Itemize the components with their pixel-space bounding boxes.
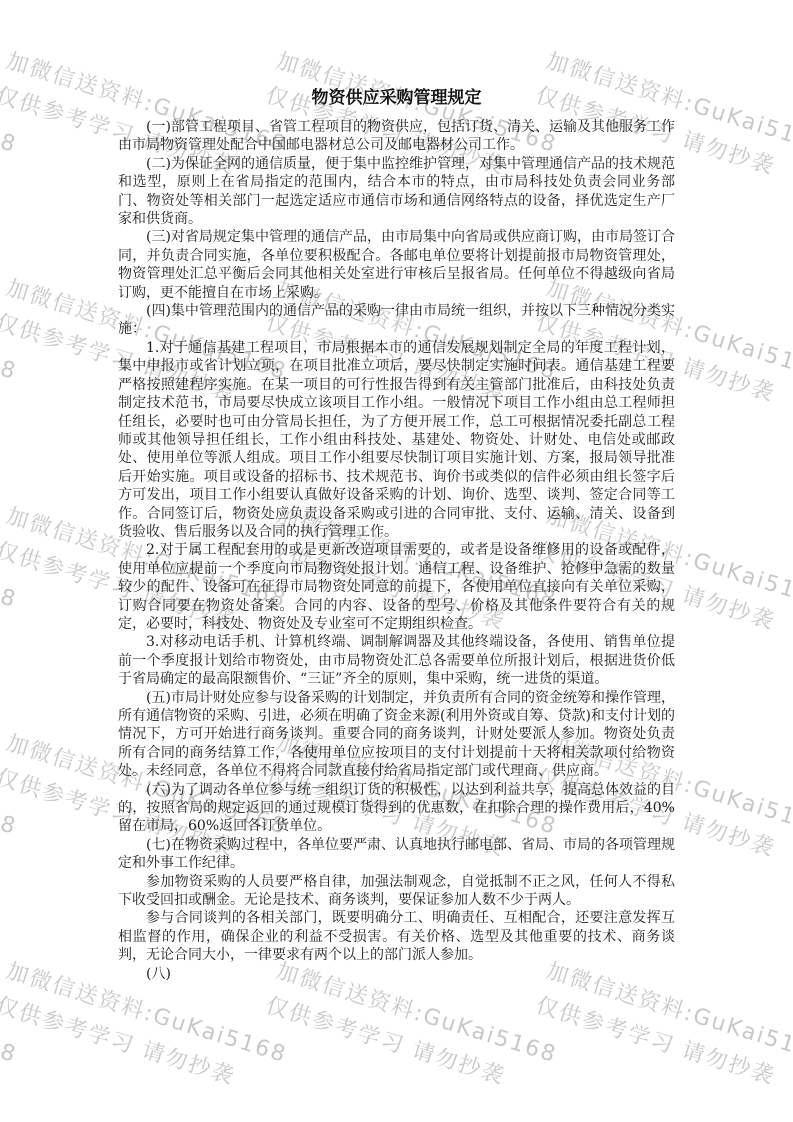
paragraph: 2.对于属工程配套用的或是更新改造项目需要的，或者是设备维修用的设备或配件，使用… [118,541,675,633]
document-body: (一)部管工程项目、省管工程项目的物资供应，包括订货、清关、运输及其他服务工作由… [118,118,675,983]
document-content: 物资供应采购管理规定 (一)部管工程项目、省管工程项目的物资供应，包括订货、清关… [118,88,675,983]
watermark-line2: 仅供参考学习 请勿抄袭 [531,988,793,1108]
watermark: 加微信送资料:GuKai5168仅供参考学习 请勿抄袭 [0,44,21,198]
paragraph: 1.对于通信基建工程项目，市局根据本市的通信发展规划制定全局的年度工程计划，集中… [118,339,675,541]
watermark-line1: 加微信送资料:GuKai5168 [0,954,21,1074]
watermark-line2: 仅供参考学习 请勿抄袭 [0,988,281,1108]
watermark-line1: 加微信送资料:GuKai5168 [0,499,21,619]
paragraph: (五)市局计财处应参与设备采购的计划制定，并负责所有合同的资金统筹和操作管理，所… [118,689,675,781]
paragraph: 参加物资采购的人员要严格自律，加强法制观念，自觉抵制不正之风，任何人不得私下收受… [118,873,675,910]
watermark-line2: 仅供参考学习 请勿抄袭 [0,305,11,425]
watermark: 加微信送资料:GuKai5168仅供参考学习 请勿抄袭 [0,271,21,425]
watermark: 加微信送资料:GuKai5168仅供参考学习 请勿抄袭 [0,954,21,1108]
paragraph: (一)部管工程项目、省管工程项目的物资供应，包括订货、清关、运输及其他服务工作由… [118,118,675,155]
watermark-line2: 仅供参考学习 请勿抄袭 [0,533,11,653]
paragraph: (四)集中管理范围内的通信产品的采购一律由市局统一组织，并按以下三种情况分类实施… [118,302,675,339]
page-title: 物资供应采购管理规定 [118,88,675,109]
paragraph: 参与合同谈判的各相关部门，既要明确分工、明确责任、互相配合，还要注意发挥互相监督… [118,909,675,964]
paragraph: (三)对省局规定集中管理的通信产品，由市局集中向省局或供应商订购，由市局签订合同… [118,228,675,302]
document-page: 加微信送资料:GuKai5168仅供参考学习 请勿抄袭加微信送资料:GuKai5… [0,0,793,1122]
paragraph: 3.对移动电话手机、计算机终端、调制解调器及其他终端设备，各使用、销售单位提前一… [118,633,675,688]
paragraph: (二)为保证全网的通信质量，便于集中监控维护管理，对集中管理通信产品的技术规范和… [118,155,675,229]
paragraph: (六)为了调动各单位参与统一组织订货的积极性，以达到利益共享，提高总体效益的目的… [118,781,675,836]
watermark-line1: 加微信送资料:GuKai5168 [0,726,21,846]
watermark-line2: 仅供参考学习 请勿抄袭 [0,78,11,198]
watermark-line2: 仅供参考学习 请勿抄袭 [261,988,551,1108]
watermark-line1: 加微信送资料:GuKai5168 [0,44,21,164]
paragraph: (七)在物资采购过程中，各单位要严肃、认真地执行邮电部、省局、市局的各项管理规定… [118,836,675,873]
watermark-line2: 仅供参考学习 请勿抄袭 [0,760,11,880]
watermark-line2: 仅供参考学习 请勿抄袭 [0,988,11,1108]
watermark: 加微信送资料:GuKai5168仅供参考学习 请勿抄袭 [0,726,21,880]
paragraph: (八) [118,965,675,983]
watermark: 加微信送资料:GuKai5168仅供参考学习 请勿抄袭 [0,499,21,653]
watermark-line1: 加微信送资料:GuKai5168 [0,271,21,391]
